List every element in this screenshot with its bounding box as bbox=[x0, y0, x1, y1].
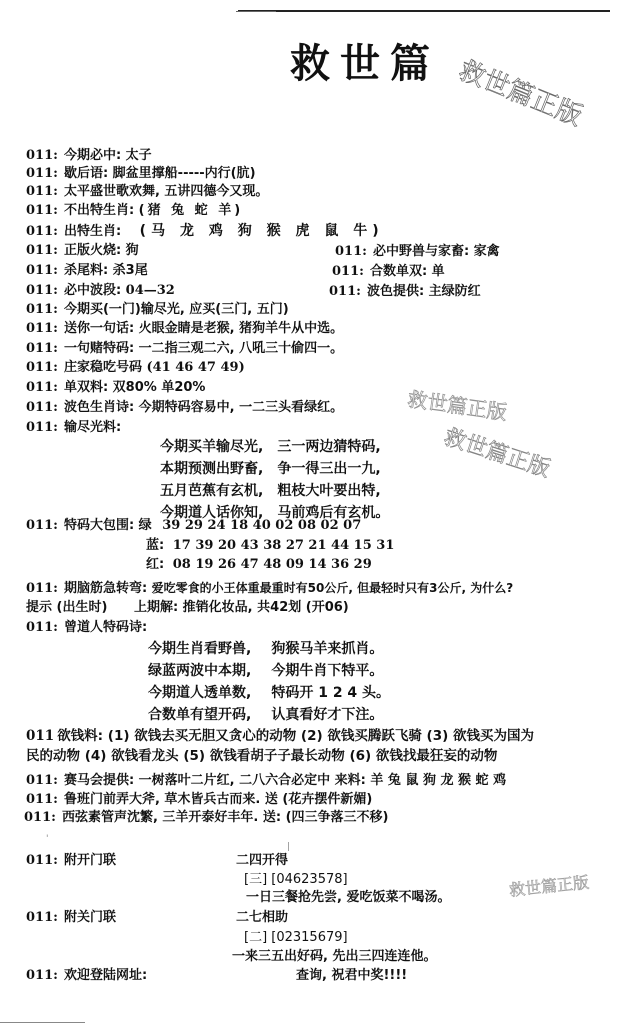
line-label: 正版火烧: bbox=[64, 243, 121, 258]
line-prefix: 011: bbox=[24, 810, 56, 825]
watermark-faded: 救世篇正版 bbox=[406, 383, 509, 426]
line-prefix: 011: bbox=[26, 302, 58, 317]
line-label: 输尽光料: bbox=[64, 420, 121, 435]
line-value: (41 46 47 49) bbox=[146, 360, 244, 375]
line-label: 附关门联 bbox=[64, 910, 116, 925]
line-wave-zodiac-poem: 011:波色生肖诗: 今期特码容易中, 一二三头看绿红。 bbox=[26, 400, 343, 416]
poem-block-1: 今期买羊输尽光,三一两边猜特码, 本期预测出野畜,争一得三出一九, 五月芭蕉有玄… bbox=[160, 436, 389, 524]
line-not-special-zodiac: 011:不出特生肖: (猪 兔 蛇 羊) bbox=[26, 203, 243, 219]
line-prefix: 011: bbox=[329, 284, 361, 299]
line-value: 太子 bbox=[126, 148, 152, 163]
open-door-verse: 一日三餐抢先尝, 爱吃饭菜不喝汤。 bbox=[246, 890, 450, 906]
line-verse: 011:太平盛世歌欢舞, 五讲四德今又现。 bbox=[26, 184, 268, 200]
line-hint: 提示 (出生时) 上期解: 推销化妆品, 共42划 (开06) bbox=[26, 600, 349, 616]
red-numbers: 08 19 26 47 48 09 14 36 29 bbox=[173, 557, 372, 572]
close-door-title: 二七相助 bbox=[236, 910, 288, 926]
line-prefix: 011: bbox=[26, 581, 58, 596]
close-door-code: [二] [02315679] bbox=[244, 930, 348, 946]
line-odd-even: 011:合数单双: 单 bbox=[332, 264, 445, 280]
poem-line: 今期生肖看野兽,狗猴马羊来抓肖。 bbox=[148, 638, 390, 660]
line-money-2: 民的动物 (4) 欲钱看龙头 (5) 欲钱看胡子子最长动物 (6) 欲钱找最狂妄… bbox=[26, 748, 497, 764]
line-value: 杀3尾 bbox=[113, 263, 148, 278]
line-prefix: 011: bbox=[26, 792, 58, 807]
line-value: 今期买(一门)输尽光, 应买(三门, 五门) bbox=[64, 302, 289, 317]
line-label: 出特生肖: bbox=[64, 224, 121, 239]
line-buy-door: 011:今期买(一门)输尽光, 应买(三门, 五门) bbox=[26, 302, 289, 318]
line-prefix: 011: bbox=[26, 910, 58, 925]
poem-line: 今期买羊输尽光,三一两边猜特码, bbox=[160, 436, 389, 458]
line-prefix: 011: bbox=[26, 243, 58, 258]
line-label: 一句赌特码: bbox=[64, 341, 134, 356]
line-value: (猪 兔 蛇 羊) bbox=[139, 203, 243, 218]
line-prefix: 011: bbox=[26, 968, 58, 983]
line-prefix: 011: bbox=[26, 166, 58, 181]
line-website: 011:欢迎登陆网址: bbox=[26, 968, 147, 984]
line-label: 不出特生肖: bbox=[64, 203, 134, 218]
blue-numbers: 17 39 20 43 38 27 21 44 15 31 bbox=[173, 538, 395, 553]
line-must-win: 011:今期必中: 太子 bbox=[26, 148, 152, 164]
line-label: 欢迎登陆网址: bbox=[64, 968, 147, 983]
poem-half: 今期生肖看野兽, bbox=[148, 641, 251, 657]
poem-line: 合数单有望开码,认真看好才下注。 bbox=[148, 704, 390, 726]
line-value: (马 龙 鸡 狗 猴 虎 鼠 牛) bbox=[140, 223, 384, 239]
line-value: 民的动物 (4) 欲钱看龙头 (5) 欲钱看胡子子最长动物 (6) 欲钱找最狂妄… bbox=[26, 748, 497, 764]
line-prefix: 011 bbox=[26, 728, 54, 744]
line-prefix: 011: bbox=[26, 283, 58, 298]
line-label: 杀尾料: bbox=[64, 263, 108, 278]
line-value: 爱吃零食的小王体重最重时有50公斤, 但最轻时只有3公斤, 为什么? bbox=[152, 581, 514, 595]
line-label: 曾道人特码诗: bbox=[64, 620, 147, 635]
line-label: 必中野兽与家畜: bbox=[373, 244, 469, 259]
poem-line: 绿蓝两波中本期,今期牛肖下特平。 bbox=[148, 660, 390, 682]
line-value: 西弦素管声沈繁, 三羊开泰好丰年. 送: (四三争落三不移) bbox=[62, 810, 389, 825]
line-wave-color: 011:波色提供: 主绿防红 bbox=[329, 284, 481, 300]
line-value: 一二指三观二六, 八吼三十偷四一。 bbox=[139, 341, 343, 356]
poem-half: 三一两边猜特码, bbox=[277, 439, 380, 455]
line-odd-even-ratio: 011:单双料: 双80% 单20% bbox=[26, 380, 205, 396]
line-prefix: 011: bbox=[26, 263, 58, 278]
congrats-text: 查询, 祝君中奖!!!! bbox=[296, 968, 407, 984]
top-rule bbox=[238, 10, 610, 12]
line-prefix: 011: bbox=[26, 360, 58, 375]
line-label: 特码大包围: bbox=[64, 518, 134, 533]
line-value: 鲁班门前弄大斧, 草木皆兵古而来. 送 (花卉摆件新媚) bbox=[64, 792, 372, 807]
line-value: 狗 bbox=[126, 243, 139, 258]
line-label: 期脑筋急转弯: bbox=[64, 581, 147, 596]
line-value: 今期特码容易中, 一二三头看绿红。 bbox=[139, 400, 343, 415]
green-label: 绿 bbox=[139, 518, 152, 533]
line-open-door-label: 011:附开门联 bbox=[26, 853, 116, 869]
line-prefix: 011: bbox=[26, 341, 58, 356]
line-prefix: 011: bbox=[332, 264, 364, 279]
line-label: 波色提供: bbox=[367, 284, 424, 299]
line-fire: 011:正版火烧: 狗 bbox=[26, 243, 139, 259]
line-label: 歇后语: bbox=[64, 166, 108, 181]
line-value: 04—32 bbox=[126, 283, 175, 298]
line-value: 主绿防红 bbox=[429, 284, 481, 299]
line-luban: 011:鲁班门前弄大斧, 草木皆兵古而来. 送 (花卉摆件新媚) bbox=[26, 792, 372, 808]
line-value: 脚盆里撑船-----内行(肮) bbox=[113, 166, 256, 181]
watermark: 救世篇正版 bbox=[454, 50, 588, 133]
line-value: 火眼金睛是老猴, 猪狗羊牛从中选。 bbox=[139, 321, 343, 336]
poem-half: 今期道人透单数, bbox=[148, 685, 251, 701]
line-red: 红: 08 19 26 47 48 09 14 36 29 bbox=[146, 557, 372, 573]
line-prefix: 011: bbox=[26, 184, 58, 199]
poem-half: 特码开 1 2 4 头。 bbox=[271, 685, 390, 701]
line-prefix: 011: bbox=[26, 224, 58, 239]
open-door-code: [三] [04623578] bbox=[244, 872, 348, 888]
poem-half: 狗猴马羊来抓肖。 bbox=[271, 641, 383, 657]
line-banker-numbers: 011:庄家稳吃号码 (41 46 47 49) bbox=[26, 360, 245, 376]
line-label: 今期必中: bbox=[64, 148, 121, 163]
line-prefix: 011: bbox=[26, 148, 58, 163]
poem-half: 本期预测出野畜, bbox=[160, 461, 263, 477]
poem-half: 争一得三出一九, bbox=[277, 461, 380, 477]
close-door-verse: 一来三五出好码, 先出三四连连他。 bbox=[232, 949, 436, 965]
line-one-sentence: 011:一句赌特码: 一二指三观二六, 八吼三十偷四一。 bbox=[26, 341, 343, 357]
line-xiehouyu: 011:歇后语: 脚盆里撑船-----内行(肮) bbox=[26, 166, 256, 182]
scan-speck: ' bbox=[46, 834, 48, 844]
top-rule-thin bbox=[236, 11, 276, 12]
line-value: 欲钱料: (1) 欲钱去买无胆又贪心的动物 (2) 欲钱买腾跃飞骑 (3) 欲钱… bbox=[57, 728, 534, 744]
page-title: 救世篇 bbox=[290, 32, 440, 89]
line-label: 附开门联 bbox=[64, 853, 116, 868]
line-label: 合数单双: bbox=[370, 264, 427, 279]
line-money-1: 011欲钱料: (1) 欲钱去买无胆又贪心的动物 (2) 欲钱买腾跃飞骑 (3)… bbox=[26, 728, 534, 744]
line-prefix: 011: bbox=[26, 380, 58, 395]
line-label: 必中波段: bbox=[64, 283, 121, 298]
watermark-faded: 救世篇正版 bbox=[440, 420, 554, 483]
poem-half: 认真看好才下注。 bbox=[271, 707, 383, 723]
line-wave-range: 011:必中波段: 04—32 bbox=[26, 283, 175, 299]
line-prefix: 011: bbox=[26, 321, 58, 336]
line-jockey-club: 011:赛马会提供: 一树落叶二片红, 二八六合必定中 来料: 羊 兔 鼠 狗 … bbox=[26, 773, 506, 789]
poem-half: 绿蓝两波中本期, bbox=[148, 663, 251, 679]
poem-half: 合数单有望开码, bbox=[148, 707, 251, 723]
line-blue: 蓝: 17 39 20 43 38 27 21 44 15 31 bbox=[146, 538, 394, 554]
line-prefix: 011: bbox=[26, 420, 58, 435]
line-value: 太平盛世歌欢舞, 五讲四德今又现。 bbox=[64, 184, 268, 199]
poem-block-2: 今期生肖看野兽,狗猴马羊来抓肖。 绿蓝两波中本期,今期牛肖下特平。 今期道人透单… bbox=[148, 638, 390, 726]
line-prefix: 011: bbox=[335, 244, 367, 259]
line-lose-all: 011:输尽光料: bbox=[26, 420, 121, 436]
red-label: 红: bbox=[146, 557, 164, 572]
line-special-surround: 011:特码大包围: 绿 39 29 24 18 40 02 08 02 07 bbox=[26, 518, 361, 534]
green-numbers: 39 29 24 18 40 02 08 02 07 bbox=[162, 518, 361, 533]
blue-label: 蓝: bbox=[146, 538, 164, 553]
line-label: 波色生肖诗: bbox=[64, 400, 134, 415]
line-value: 单 bbox=[432, 264, 445, 279]
poem-half: 今期牛肖下特平。 bbox=[271, 663, 383, 679]
line-label: 庄家稳吃号码 bbox=[64, 360, 142, 375]
line-kill-tail: 011:杀尾料: 杀3尾 bbox=[26, 263, 148, 279]
scan-speck: | bbox=[287, 842, 290, 852]
poem-half: 粗枝大叶要出特, bbox=[277, 483, 380, 499]
line-label: 赛马会提供: bbox=[64, 773, 134, 788]
line-beast-or-livestock: 011:必中野兽与家畜: 家禽 bbox=[335, 244, 500, 260]
line-label: 单双料: bbox=[64, 380, 108, 395]
line-prefix: 011: bbox=[26, 400, 58, 415]
line-prefix: 011: bbox=[26, 518, 58, 533]
line-value: 双80% 单20% bbox=[113, 380, 206, 395]
hint-label: 提示 (出生时) bbox=[26, 600, 107, 615]
line-label: 送你一句话: bbox=[64, 321, 134, 336]
watermark-faded: 救世篇正版 bbox=[508, 870, 590, 901]
line-strings: 011:西弦素管声沈繁, 三羊开泰好丰年. 送: (四三争落三不移) bbox=[24, 810, 388, 826]
line-prefix: 011: bbox=[26, 853, 58, 868]
line-prefix: 011: bbox=[26, 620, 58, 635]
poem-half: 五月芭蕉有玄机, bbox=[160, 483, 263, 499]
line-prefix: 011: bbox=[26, 773, 58, 788]
open-door-title: 二四开得 bbox=[236, 853, 288, 869]
poem-half: 今期买羊输尽光, bbox=[160, 439, 263, 455]
poem-line: 今期道人透单数,特码开 1 2 4 头。 bbox=[148, 682, 390, 704]
line-prefix: 011: bbox=[26, 203, 58, 218]
line-saying: 011:送你一句话: 火眼金睛是老猴, 猪狗羊牛从中选。 bbox=[26, 321, 343, 337]
poem-line: 本期预测出野畜,争一得三出一九, bbox=[160, 458, 389, 480]
line-riddle: 011:期脑筋急转弯: 爱吃零食的小王体重最重时有50公斤, 但最轻时只有3公斤… bbox=[26, 580, 513, 597]
line-special-zodiac: 011:出特生肖: (马 龙 鸡 狗 猴 虎 鼠 牛) bbox=[26, 223, 384, 240]
line-value: 家禽 bbox=[474, 244, 500, 259]
hint-value: 上期解: 推销化妆品, 共42划 (开06) bbox=[134, 600, 349, 615]
line-close-door-label: 011:附关门联 bbox=[26, 910, 116, 926]
bottom-rule bbox=[0, 1022, 85, 1023]
poem-line: 五月芭蕉有玄机,粗枝大叶要出特, bbox=[160, 480, 389, 502]
line-poem2-label: 011:曾道人特码诗: bbox=[26, 620, 147, 636]
line-value: 一树落叶二片红, 二八六合必定中 来料: 羊 兔 鼠 狗 龙 猴 蛇 鸡 bbox=[139, 773, 506, 788]
